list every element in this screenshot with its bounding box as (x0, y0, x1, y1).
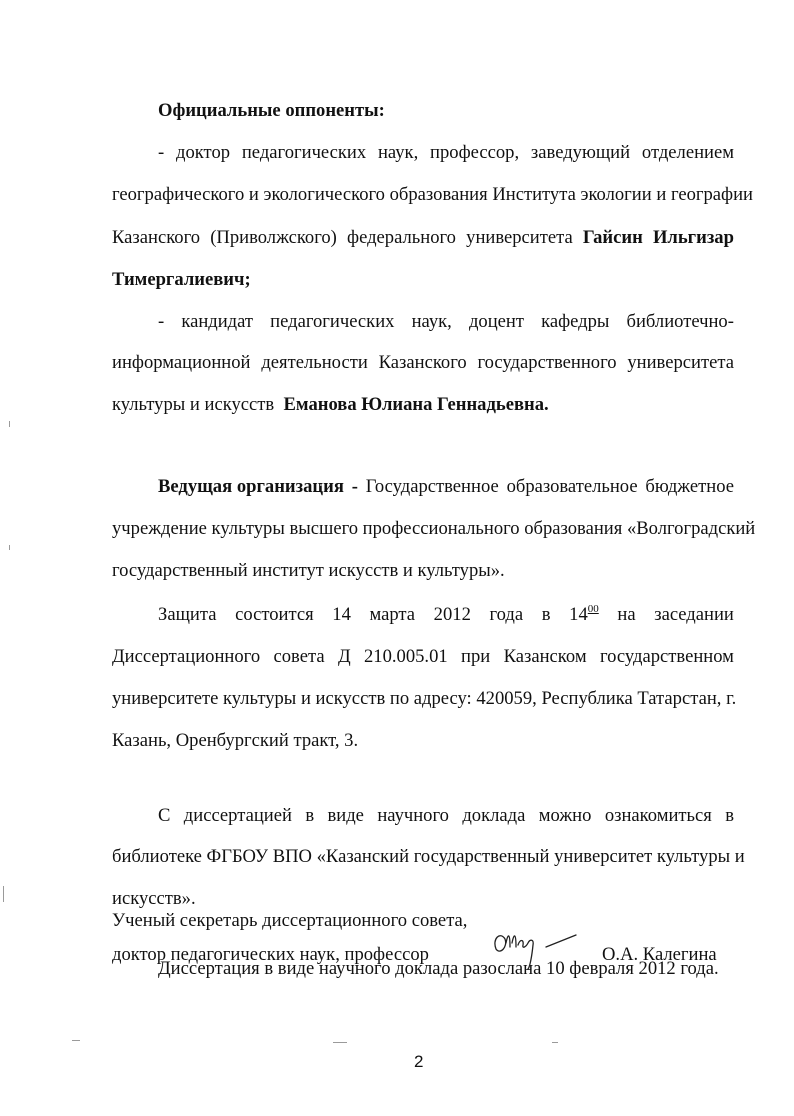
defense-line2: Диссертационного совета Д 210.005.01 при… (112, 646, 734, 668)
library-line2: библиотеке ФГБОУ ВПО «Казанский государс… (112, 846, 734, 868)
scan-mark (552, 1042, 558, 1043)
opponent1-line3: Казанского (Приволжского) федерального у… (112, 227, 734, 249)
library-line1: С диссертацией в виде научного доклада м… (158, 805, 734, 827)
secretary-title: Ученый секретарь диссертационного совета… (112, 910, 467, 932)
secretary-degree: доктор педагогических наук, профессор (112, 944, 429, 966)
leading-org-line1: Ведущая организация - Государственное об… (158, 476, 734, 498)
opponents-heading: Официальные оппоненты: (158, 100, 734, 122)
page-number: 2 (414, 1052, 423, 1072)
opponent1-line2: географического и экологического образов… (112, 184, 734, 206)
leading-org-line3: государственный институт искусств и куль… (112, 560, 734, 582)
scan-mark (72, 1040, 80, 1041)
defense-line4: Казань, Оренбургский тракт, 3. (112, 730, 734, 752)
defense-line1: Защита состоится 14 марта 2012 года в 14… (158, 604, 734, 626)
leading-org-line2: учреждение культуры высшего профессионал… (112, 518, 734, 540)
scan-mark (3, 886, 4, 902)
scan-mark (9, 545, 10, 550)
handwritten-signature (490, 925, 590, 975)
opponent2-line2: информационной деятельности Казанского г… (112, 352, 734, 374)
scan-mark (9, 421, 10, 427)
scan-mark (320, 484, 322, 486)
secretary-name: О.А. Калегина (602, 944, 717, 966)
opponent1-line1: - доктор педагогических наук, профессор,… (158, 142, 734, 164)
opponent2-line3: культуры и искусств Еманова Юлиана Генна… (112, 394, 734, 416)
scan-mark (333, 1042, 347, 1043)
opponent1-name-end: Тимергалиевич; (112, 269, 734, 291)
library-line3: искусств». (112, 888, 734, 910)
document-page: Официальные оппоненты: - доктор педагоги… (0, 0, 794, 1116)
defense-time: 1400 (569, 604, 599, 626)
defense-line3: университете культуры и искусств по адре… (112, 688, 734, 710)
opponent2-line1: - кандидат педагогических наук, доцент к… (158, 311, 734, 333)
